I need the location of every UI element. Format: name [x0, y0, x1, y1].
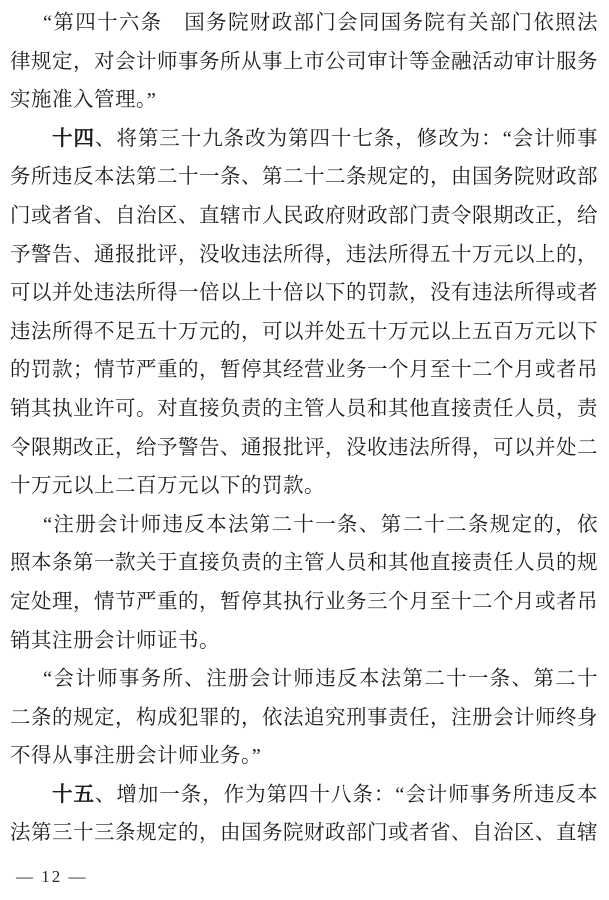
- document-line: 不得从事注册会计师业务。”: [10, 737, 598, 776]
- page-number: — 12 —: [16, 867, 88, 887]
- document-line: 违法所得不足五十万元的，可以并处五十万元以上五百万元以下: [10, 313, 598, 352]
- document-line: “第四十六条 国务院财政部门会同国务院有关部门依照法: [10, 4, 598, 43]
- document-line: 二条的规定，构成犯罪的，依法追究刑事责任，注册会计师终身: [10, 699, 598, 738]
- document-line: 实施准入管理。”: [10, 81, 598, 120]
- document-line: 十万元以上二百万元以下的罚款。: [10, 467, 598, 506]
- document-line: 销其注册会计师证书。: [10, 622, 598, 661]
- document-line: 可以并处违法所得一倍以上十倍以下的罚款，没有违法所得或者: [10, 274, 598, 313]
- document-line: 十五、增加一条，作为第四十八条：“会计师事务所违反本: [10, 776, 598, 815]
- document-line: “注册会计师违反本法第二十一条、第二十二条规定的，依: [10, 506, 598, 545]
- document-line: 照本条第一款关于直接负责的主管人员和其他直接责任人员的规: [10, 544, 598, 583]
- document-line: 的罚款；情节严重的，暂停其经营业务一个月至十二个月或者吊: [10, 351, 598, 390]
- text-block: “第四十六条 国务院财政部门会同国务院有关部门依照法律规定，对会计师事务所从事上…: [10, 4, 598, 853]
- section-number-bold: 十五: [52, 783, 95, 806]
- document-page: “第四十六条 国务院财政部门会同国务院有关部门依照法律规定，对会计师事务所从事上…: [0, 0, 609, 900]
- document-line: 予警告、通报批评，没收违法所得，违法所得五十万元以上的，: [10, 236, 598, 275]
- document-line: 十四、将第三十九条改为第四十七条，修改为：“会计师事: [10, 120, 598, 159]
- document-line: 务所违反本法第二十一条、第二十二条规定的，由国务院财政部: [10, 158, 598, 197]
- document-line: “会计师事务所、注册会计师违反本法第二十一条、第二十: [10, 660, 598, 699]
- document-line: 法第三十三条规定的，由国务院财政部门或者省、自治区、直辖: [10, 814, 598, 853]
- document-line: 定处理，情节严重的，暂停其执行业务三个月至十二个月或者吊: [10, 583, 598, 622]
- document-line: 律规定，对会计师事务所从事上市公司审计等金融活动审计服务: [10, 43, 598, 82]
- document-line: 门或者省、自治区、直辖市人民政府财政部门责令限期改正，给: [10, 197, 598, 236]
- page-number-text: — 12 —: [16, 867, 88, 886]
- document-line: 销其执业许可。对直接负责的主管人员和其他直接责任人员，责: [10, 390, 598, 429]
- document-line: 令限期改正，给予警告、通报批评，没收违法所得，可以并处二: [10, 429, 598, 468]
- section-number-bold: 十四: [52, 127, 95, 150]
